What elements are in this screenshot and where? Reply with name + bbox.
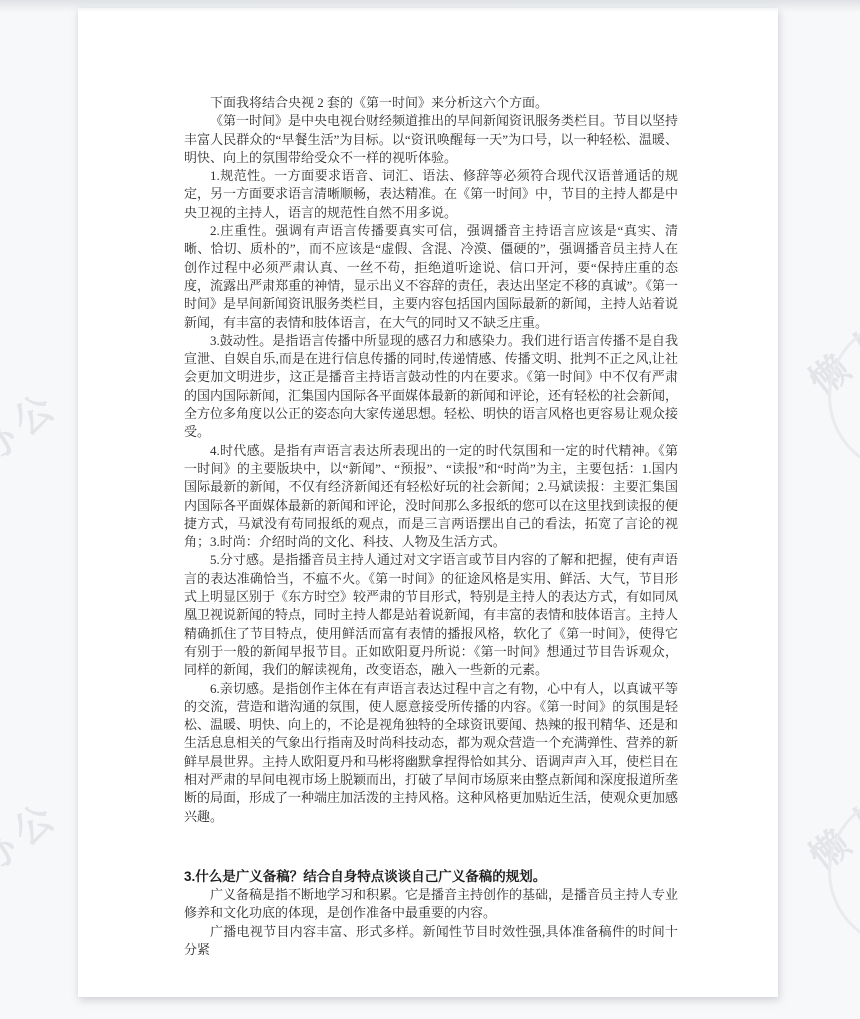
watermark-text: 懒人办公 bbox=[0, 374, 69, 531]
paragraph: 2.庄重性。强调有声语言传播要真实可信，强调播音主持语言应该是“真实、清晰、恰切… bbox=[184, 222, 678, 332]
document-page: 下面我将结合央视 2 套的《第一时间》来分析这六个方面。《第一时间》是中央电视台… bbox=[78, 8, 778, 997]
paragraph: 5.分寸感。是指播音员主持人通过对文字语言或节目内容的了解和把握，使有声语言的表… bbox=[184, 551, 678, 679]
paragraph: 6.亲切感。是指创作主体在有声语言表达过程中言之有物，心中有人，以真诚平等的交流… bbox=[184, 680, 678, 826]
document-body: 下面我将结合央视 2 套的《第一时间》来分析这六个方面。《第一时间》是中央电视台… bbox=[184, 94, 678, 959]
paragraph: 1.规范性。一方面要求语音、词汇、语法、修辞等必须符合现代汉语普通话的规定，另一… bbox=[184, 167, 678, 222]
paragraph: 4.时代感。是指有声语言表达所表现出的一定的时代氛围和一定的时代精神。《第一时间… bbox=[184, 442, 678, 552]
watermark-text: 懒人办公 bbox=[0, 784, 69, 941]
paragraph: 广义备稿是指不断地学习和积累。它是播音主持创作的基础，是播音员主持人专业修养和文… bbox=[184, 886, 678, 923]
paragraph: 广播电视节目内容丰富、形式多样。新闻性节目时效性强,具体准备稿件的时间十分紧 bbox=[184, 923, 678, 960]
paragraph: 《第一时间》是中央电视台财经频道推出的早间新闻资讯服务类栏目。节目以坚持丰富人民… bbox=[184, 112, 678, 167]
section-heading: 3.什么是广义备稿？结合自身特点谈谈自己广义备稿的规划。 bbox=[184, 868, 678, 886]
paragraph: 下面我将结合央视 2 套的《第一时间》来分析这六个方面。 bbox=[184, 94, 678, 112]
viewer-background: { "watermark": { "text": "懒人办公", "color"… bbox=[0, 0, 860, 1019]
paragraph: 3.鼓动性。是指语言传播中所显现的感召力和感染力。我们进行语言传播不是自我宣泄、… bbox=[184, 332, 678, 442]
